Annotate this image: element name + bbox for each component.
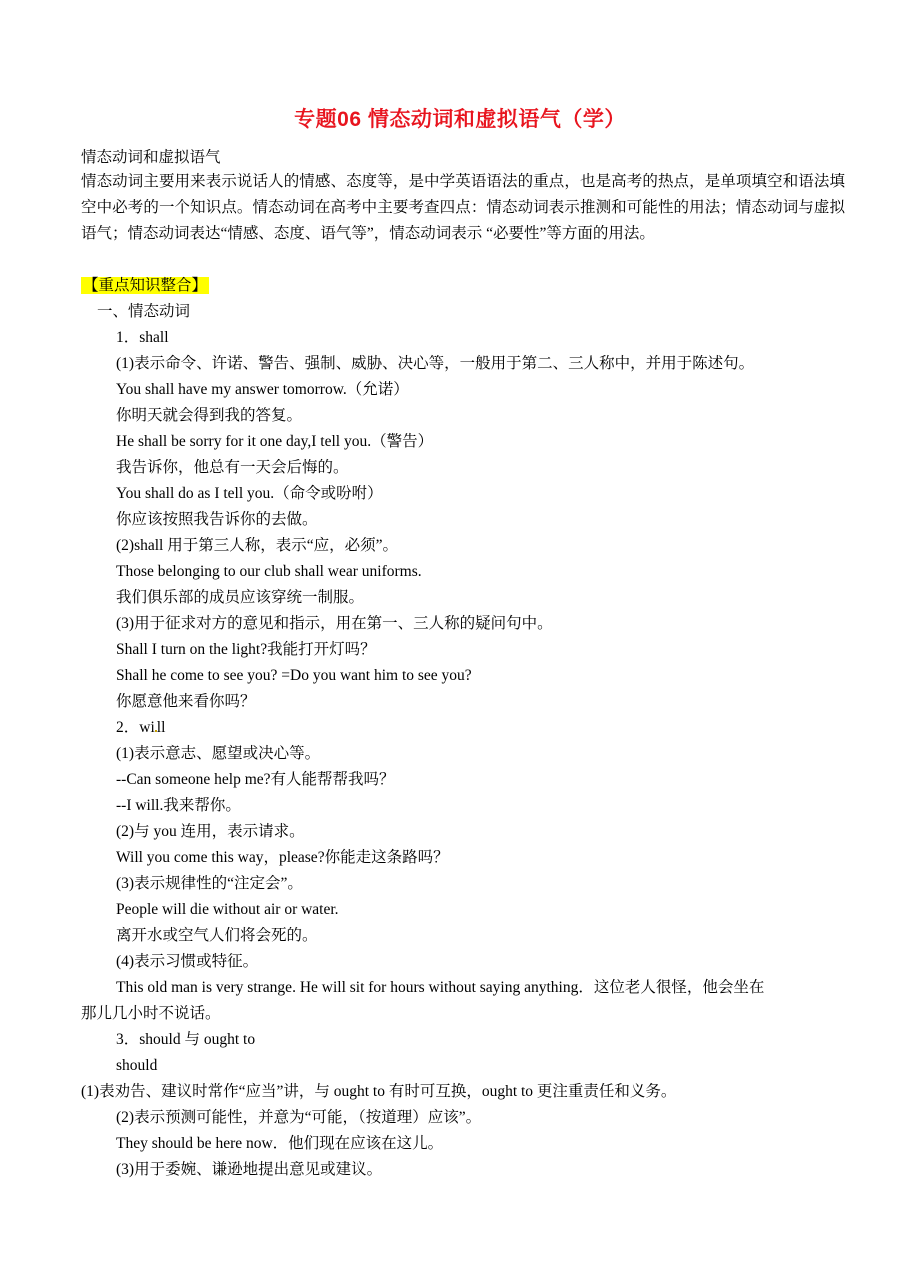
- section-modal-verbs: 一、情态动词: [97, 302, 190, 322]
- will-example-3: Will you come this way，please?你能走这条路吗？: [116, 848, 449, 868]
- will-example-4-en: People will die without air or water.: [116, 900, 339, 920]
- shall-example-4-en: Those belonging to our club shall wear u…: [116, 562, 422, 582]
- will-example-4-cn: 离开水或空气人们将会死的。: [116, 926, 318, 946]
- should-usage-2: (2)表示预测可能性，并意为“可能，（按道理）应该”。: [116, 1108, 481, 1128]
- shall-usage-3: (3)用于征求对方的意见和指示，用在第一、三人称的疑问句中。: [116, 614, 553, 634]
- shall-example-5: Shall I turn on the light?我能打开灯吗？: [116, 640, 376, 660]
- document-page: 专题06 情态动词和虚拟语气（学） 情态动词和虚拟语气 情态动词主要用来表示说话…: [0, 0, 920, 1274]
- shall-usage-2: (2)shall 用于第三人称，表示“应，必须”。: [116, 536, 398, 556]
- subtitle: 情态动词和虚拟语气: [81, 148, 221, 168]
- shall-usage-1: (1)表示命令、许诺、警告、强制、威胁、决心等，一般用于第二、三人称中，并用于陈…: [116, 354, 754, 374]
- should-usage-3: (3)用于委婉、谦逊地提出意见或建议。: [116, 1160, 382, 1180]
- shall-example-3-cn: 你应该按照我告诉你的去做。: [116, 510, 318, 530]
- shall-example-1-cn: 你明天就会得到我的答复。: [116, 406, 302, 426]
- key-knowledge-heading: 【重点知识整合】: [81, 276, 209, 296]
- will-example-5-line-2: 那儿几小时不说话。: [81, 1004, 221, 1024]
- shall-example-2-cn: 我告诉你，他总有一天会后悔的。: [116, 458, 349, 478]
- document-title: 专题06 情态动词和虚拟语气（学）: [0, 103, 920, 133]
- will-heading: 2．will: [116, 718, 165, 738]
- should-subheading: should: [116, 1056, 157, 1076]
- shall-example-2-en: He shall be sorry for it one day,I tell …: [116, 432, 433, 452]
- shall-example-6-cn: 你愿意他来看你吗？: [116, 692, 256, 712]
- will-usage-3: (3)表示规律性的“注定会”。: [116, 874, 303, 894]
- will-heading-suffix: ll: [157, 719, 166, 736]
- will-usage-2: (2)与 you 连用，表示请求。: [116, 822, 305, 842]
- will-heading-prefix: 2．wi: [116, 719, 155, 736]
- highlighted-heading: 【重点知识整合】: [81, 277, 209, 294]
- shall-example-6-en: Shall he come to see you? =Do you want h…: [116, 666, 472, 686]
- should-heading: 3．should 与 ought to: [116, 1030, 255, 1050]
- will-example-1: --Can someone help me?有人能帮帮我吗？: [116, 770, 395, 790]
- shall-example-4-cn: 我们俱乐部的成员应该穿统一制服。: [116, 588, 364, 608]
- will-example-5-line-1: This old man is very strange. He will si…: [116, 978, 764, 998]
- will-usage-4: (4)表示习惯或特征。: [116, 952, 258, 972]
- will-usage-1: (1)表示意志、愿望或决心等。: [116, 744, 320, 764]
- will-example-2: --I will.我来帮你。: [116, 796, 241, 816]
- shall-heading: 1．shall: [116, 328, 169, 348]
- shall-example-3-en: You shall do as I tell you.（命令或吩咐）: [116, 484, 383, 504]
- intro-paragraph: 情态动词主要用来表示说话人的情感、态度等，是中学英语语法的重点，也是高考的热点，…: [81, 169, 845, 247]
- shall-example-1-en: You shall have my answer tomorrow.（允诺）: [116, 380, 409, 400]
- should-example-1: They should be here now．他们现在应该在这儿。: [116, 1134, 443, 1154]
- should-usage-1: (1)表劝告、建议时常作“应当”讲，与 ought to 有时可互换，ought…: [81, 1082, 676, 1102]
